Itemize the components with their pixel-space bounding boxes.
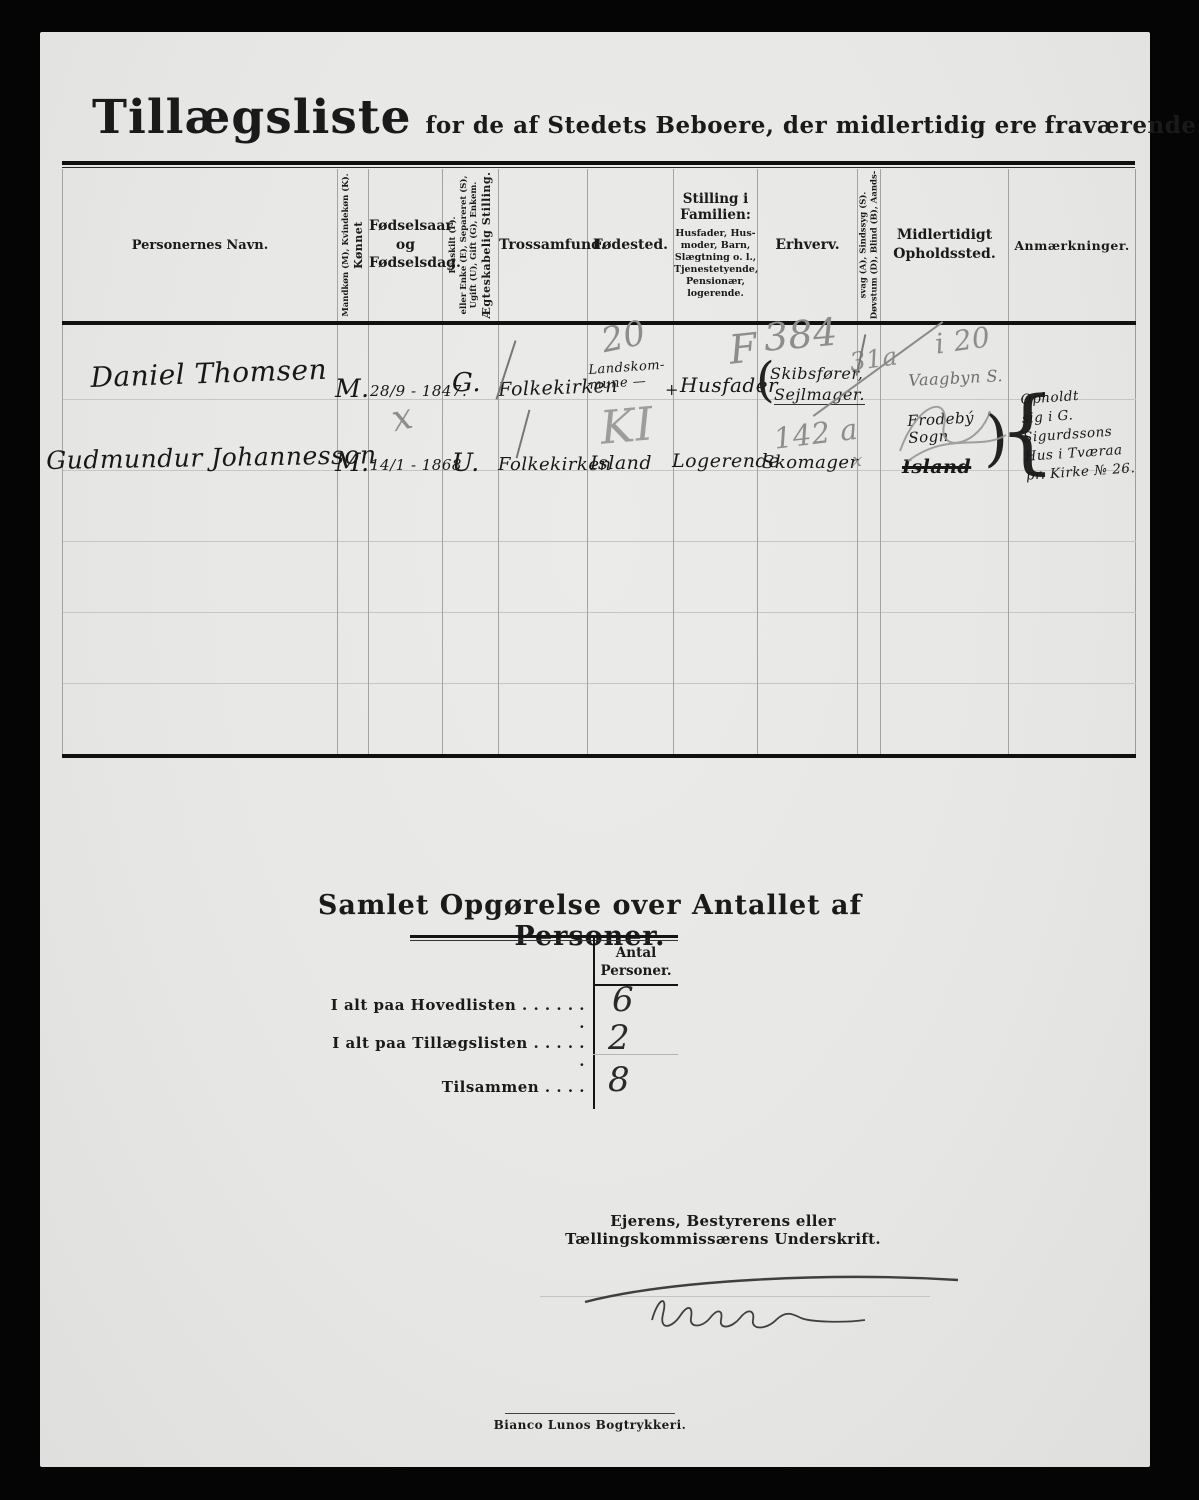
summary-row2-value: 2 bbox=[608, 1018, 630, 1058]
header-name: Personernes Navn. bbox=[63, 169, 338, 323]
header-remarks: Anmærkninger. bbox=[1009, 169, 1136, 323]
document-title: Tillægslistefor de af Stedets Beboere, d… bbox=[92, 90, 1102, 145]
title-main: Tillægsliste bbox=[92, 90, 411, 145]
table-row bbox=[63, 471, 1136, 542]
summary-row3-value: 8 bbox=[608, 1060, 630, 1100]
summary-row3-label: Tilsammen . . . . bbox=[325, 1078, 585, 1096]
table-row bbox=[63, 684, 1136, 757]
summary-rule-thin bbox=[410, 940, 678, 941]
title-subtitle: for de af Stedets Beboere, der midlertid… bbox=[425, 112, 1037, 139]
summary-row2-label: I alt paa Tillægslisten . . . . . . bbox=[325, 1034, 585, 1070]
header-disabilities: svag (A), Sindssyg (S). Døvstum (D), Bli… bbox=[858, 169, 881, 323]
header-disabilities-line2: svag (A), Sindssyg (S). bbox=[858, 171, 869, 320]
header-family-main: Stilling i Familien: bbox=[674, 191, 757, 225]
footer-rule bbox=[505, 1413, 675, 1414]
header-family-sub: Husfader, Hus- moder, Barn, Slægtning o.… bbox=[674, 228, 757, 299]
table-row bbox=[63, 400, 1136, 471]
summary-title: Samlet Opgørelse over Antallet af Person… bbox=[290, 890, 890, 952]
summary-heavy-line bbox=[593, 984, 678, 986]
header-religion: Trossamfund. bbox=[499, 169, 588, 323]
header-birthdate: Fødselsaar og Fødselsdag. bbox=[369, 169, 443, 323]
census-table-grid: Personernes Navn. Mandkøn (M), Kvindekøn… bbox=[62, 169, 1136, 758]
summary-row1-label: I alt paa Hovedlisten . . . . . . . bbox=[325, 996, 585, 1032]
signature-label: Ejerens, Bestyrerens eller Tællingskommi… bbox=[533, 1212, 913, 1248]
header-disabilities-line1: Døvstum (D), Blind (B), Aands- bbox=[869, 171, 880, 320]
header-sex-sub: Mandkøn (M), Kvindekøn (K). bbox=[341, 173, 352, 316]
header-occupation: Erhverv. bbox=[758, 169, 858, 323]
printer-imprint: Bianco Lunos Bogtrykkeri. bbox=[470, 1418, 710, 1432]
census-table: Personernes Navn. Mandkøn (M), Kvindekøn… bbox=[62, 161, 1135, 758]
header-sex: Mandkøn (M), Kvindekøn (K). Kønnet bbox=[338, 169, 369, 323]
top-rule-thick bbox=[62, 161, 1135, 165]
header-marital-sub2: eller Enke (E), Separeret (S), bbox=[458, 172, 469, 319]
table-row bbox=[63, 323, 1136, 400]
title-emphasis: fraværende. bbox=[1045, 112, 1199, 139]
table-row bbox=[63, 542, 1136, 613]
header-marital-sub1: Ugift (U), Gift (G), Enkem. bbox=[469, 172, 480, 319]
summary-thin-line bbox=[593, 1054, 678, 1055]
summary-col-header: Antal Personer. bbox=[594, 944, 678, 980]
scanned-census-document: { "title": { "main": "Tillægsliste", "re… bbox=[0, 0, 1199, 1500]
summary-row1-value: 6 bbox=[612, 980, 634, 1020]
header-marital-sub3: Fraskilt (F). bbox=[448, 172, 459, 319]
header-birthplace: Fødested. bbox=[588, 169, 674, 323]
header-marital-status: Fraskilt (F). eller Enke (E), Separeret … bbox=[443, 169, 499, 323]
table-header-row: Personernes Navn. Mandkøn (M), Kvindekøn… bbox=[63, 169, 1136, 323]
top-rule-thin bbox=[62, 167, 1135, 168]
header-sex-main: Kønnet bbox=[351, 173, 365, 316]
header-temporary-residence: Midlertidigt Opholdssted. bbox=[881, 169, 1009, 323]
header-marital-main: Ægteskabelig Stilling. bbox=[480, 172, 494, 319]
summary-rule-thick bbox=[410, 935, 678, 938]
signature bbox=[560, 1244, 980, 1334]
table-row bbox=[63, 613, 1136, 684]
header-family-position: Stilling i Familien: Husfader, Hus- mode… bbox=[674, 169, 758, 323]
document-page: Tillægslistefor de af Stedets Beboere, d… bbox=[40, 32, 1150, 1467]
